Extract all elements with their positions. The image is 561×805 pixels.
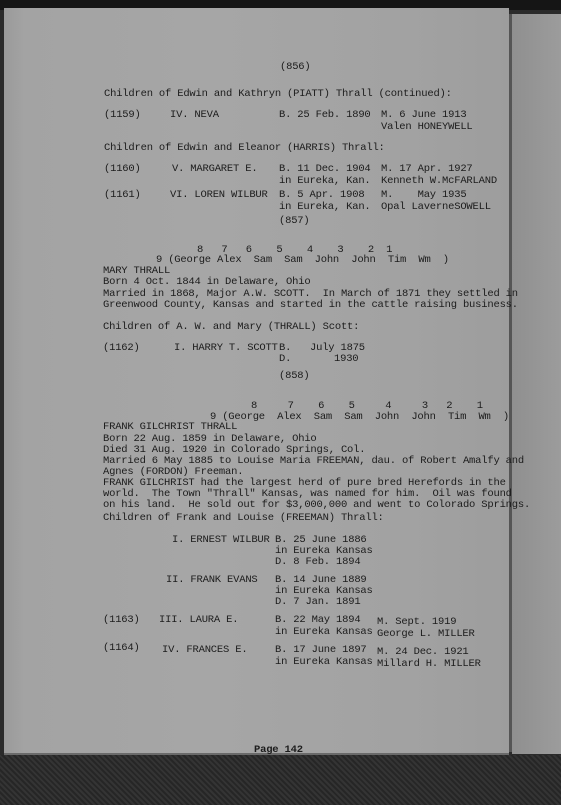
- child-spouse: Opal LaverneSOWELL: [381, 201, 491, 213]
- child-birth: B. 25 Feb. 1890: [279, 109, 371, 121]
- child-spouse: George L. MILLER: [377, 628, 475, 640]
- child-birth: B. 11 Dec. 1904: [279, 163, 371, 175]
- child-name: IV. FRANCES E.: [162, 644, 247, 656]
- child-id: (1159): [104, 109, 141, 121]
- scan-background: [0, 755, 561, 805]
- bio-line: Born 4 Oct. 1844 in Delaware, Ohio: [103, 276, 310, 288]
- child-marriage: M. 17 Apr. 1927: [381, 163, 473, 175]
- child-name: III. LAURA E.: [159, 614, 238, 626]
- document-page: (856) Children of Edwin and Kathryn (PIA…: [4, 8, 509, 755]
- child-birth: B. 22 May 1894: [275, 614, 360, 626]
- page-number: Page 142: [254, 744, 303, 756]
- bio-line: on his land. He sold out for $3,000,000 …: [103, 499, 530, 511]
- child-detail: D. 7 Jan. 1891: [275, 596, 360, 608]
- child-detail: D. 8 Feb. 1894: [275, 556, 360, 568]
- child-marriage: M. 6 June 1913: [381, 109, 466, 121]
- child-name: V. MARGARET E.: [172, 163, 257, 175]
- child-birth: B. 5 Apr. 1908: [279, 189, 364, 201]
- children-heading: Children of A. W. and Mary (THRALL) Scot…: [103, 321, 359, 333]
- child-name: II. FRANK EVANS: [166, 574, 258, 586]
- child-id: (1161): [104, 189, 141, 201]
- child-marriage: M. Sept. 1919: [377, 616, 456, 628]
- children-heading: Children of Edwin and Eleanor (HARRIS) T…: [104, 142, 385, 154]
- child-birth-place: in Eureka Kansas: [275, 656, 373, 668]
- child-id: (1164): [103, 642, 140, 654]
- child-birth-place: in Eureka, Kan.: [279, 175, 371, 187]
- child-id: (1162): [103, 342, 140, 354]
- child-name: I. ERNEST WILBUR: [172, 534, 270, 546]
- child-name: VI. LOREN WILBUR: [170, 189, 268, 201]
- entry-number-858: (858): [279, 370, 310, 382]
- child-spouse: Kenneth W.McFARLAND: [381, 175, 497, 187]
- child-death-label: D.: [279, 353, 291, 365]
- ancestry-line: 9 (George Alex Sam Sam John John Tim Wm …: [156, 254, 449, 266]
- child-spouse: Valen HONEYWELL: [381, 121, 473, 133]
- child-birth-place: in Eureka, Kan.: [279, 201, 371, 213]
- child-id: (1163): [103, 614, 140, 626]
- person-name: FRANK GILCHRIST THRALL: [103, 421, 237, 433]
- child-birth-place: in Eureka Kansas: [275, 626, 373, 638]
- adjacent-page-edge: [512, 14, 561, 754]
- children-heading: Children of Frank and Louise (FREEMAN) T…: [103, 512, 384, 524]
- entry-number-857: (857): [279, 215, 310, 227]
- child-id: (1160): [104, 163, 141, 175]
- child-marriage: M. 24 Dec. 1921: [377, 646, 469, 658]
- child-marriage: M. May 1935: [381, 189, 466, 201]
- child-birth: B. 17 June 1897: [275, 644, 367, 656]
- child-death: 1930: [334, 353, 358, 365]
- bio-line: Greenwood County, Kansas and started in …: [103, 299, 518, 311]
- page-binding-edge: [509, 14, 512, 752]
- child-name: IV. NEVA: [170, 109, 219, 121]
- entry-number-856: (856): [280, 61, 311, 73]
- ancestry-line: 9 (George Alex Sam Sam John John Tim Wm …: [210, 411, 509, 423]
- child-spouse: Millard H. MILLER: [377, 658, 481, 670]
- child-name: I. HARRY T. SCOTT: [174, 342, 278, 354]
- children-heading: Children of Edwin and Kathryn (PIATT) Th…: [104, 88, 452, 100]
